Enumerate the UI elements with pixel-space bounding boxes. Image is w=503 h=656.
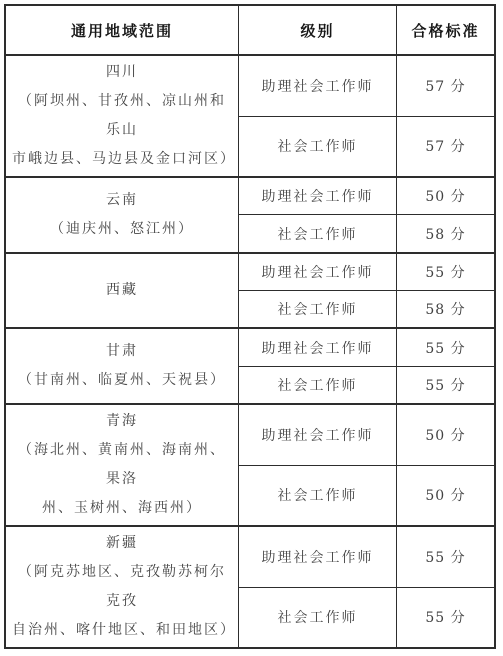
level-cell: 社会工作师 (239, 588, 397, 648)
score-cell: 57 分 (397, 56, 494, 116)
level-cell: 助理社会工作师 (239, 329, 397, 365)
region-cell: 西藏 (6, 254, 239, 328)
level-score-row: 助理社会工作师 57 分 (239, 56, 494, 117)
level-score-block: 助理社会工作师 50 分 社会工作师 50 分 (239, 405, 494, 525)
region-name: 新疆 (106, 529, 138, 558)
region-cell: 甘肃 （甘南州、临夏州、天祝县） (6, 329, 239, 403)
level-score-row: 助理社会工作师 50 分 (239, 178, 494, 215)
region-note-line: （甘南州、临夏州、天祝县） (18, 366, 226, 395)
level-score-row: 社会工作师 55 分 (239, 588, 494, 648)
score-cell: 55 分 (397, 588, 494, 648)
level-cell: 助理社会工作师 (239, 178, 397, 214)
level-cell: 社会工作师 (239, 117, 397, 177)
table-row: 四川 （阿坝州、甘孜州、凉山州和乐山 市峨边县、马边县及金口河区） 助理社会工作… (6, 56, 494, 178)
level-cell: 助理社会工作师 (239, 405, 397, 465)
region-note-line: （迪庆州、怒江州） (50, 215, 194, 244)
level-score-block: 助理社会工作师 50 分 社会工作师 58 分 (239, 178, 494, 252)
region-note-line: 自治州、喀什地区、和田地区） (12, 616, 232, 645)
header-standard: 合格标准 (397, 6, 494, 54)
score-cell: 58 分 (397, 215, 494, 251)
level-cell: 社会工作师 (239, 466, 397, 526)
level-score-block: 助理社会工作师 55 分 社会工作师 55 分 (239, 329, 494, 403)
region-name: 青海 (106, 407, 138, 436)
table-row: 新疆 （阿克苏地区、克孜勒苏柯尔克孜 自治州、喀什地区、和田地区） 助理社会工作… (6, 527, 494, 647)
score-cell: 55 分 (397, 367, 494, 403)
level-cell: 社会工作师 (239, 367, 397, 403)
level-score-row: 社会工作师 58 分 (239, 215, 494, 251)
page: 通用地域范围 级别 合格标准 四川 （阿坝州、甘孜州、凉山州和乐山 市峨边县、马… (0, 0, 503, 656)
level-score-row: 社会工作师 58 分 (239, 291, 494, 327)
score-cell: 50 分 (397, 405, 494, 465)
level-score-row: 社会工作师 57 分 (239, 117, 494, 177)
score-cell: 50 分 (397, 178, 494, 214)
level-score-block: 助理社会工作师 55 分 社会工作师 55 分 (239, 527, 494, 647)
region-name: 四川 (106, 58, 138, 87)
level-score-block: 助理社会工作师 55 分 社会工作师 58 分 (239, 254, 494, 328)
level-cell: 助理社会工作师 (239, 527, 397, 587)
score-cell: 57 分 (397, 117, 494, 177)
level-score-row: 助理社会工作师 55 分 (239, 527, 494, 588)
region-name: 西藏 (106, 276, 138, 305)
level-cell: 助理社会工作师 (239, 254, 397, 290)
table-row: 西藏 助理社会工作师 55 分 社会工作师 58 分 (6, 254, 494, 330)
header-region: 通用地域范围 (6, 6, 239, 54)
region-note-line: （阿坝州、甘孜州、凉山州和乐山 (12, 87, 232, 145)
table-row: 青海 （海北州、黄南州、海南州、果洛 州、玉树州、海西州） 助理社会工作师 50… (6, 405, 494, 527)
region-note-line: （阿克苏地区、克孜勒苏柯尔克孜 (12, 558, 232, 616)
table-header-row: 通用地域范围 级别 合格标准 (6, 6, 494, 56)
score-cell: 55 分 (397, 527, 494, 587)
level-score-row: 社会工作师 55 分 (239, 367, 494, 403)
passing-score-table: 通用地域范围 级别 合格标准 四川 （阿坝州、甘孜州、凉山州和乐山 市峨边县、马… (4, 4, 496, 649)
table-row: 甘肃 （甘南州、临夏州、天祝县） 助理社会工作师 55 分 社会工作师 55 分 (6, 329, 494, 405)
region-note-line: 市峨边县、马边县及金口河区） (12, 145, 232, 174)
score-cell: 55 分 (397, 329, 494, 365)
score-cell: 58 分 (397, 291, 494, 327)
score-cell: 50 分 (397, 466, 494, 526)
region-note-line: （海北州、黄南州、海南州、果洛 (12, 436, 232, 494)
level-score-row: 助理社会工作师 55 分 (239, 329, 494, 366)
region-cell: 新疆 （阿克苏地区、克孜勒苏柯尔克孜 自治州、喀什地区、和田地区） (6, 527, 239, 647)
region-note-line: 州、玉树州、海西州） (42, 494, 202, 523)
table-row: 云南 （迪庆州、怒江州） 助理社会工作师 50 分 社会工作师 58 分 (6, 178, 494, 254)
region-name: 甘肃 (106, 337, 138, 366)
header-level: 级别 (239, 6, 397, 54)
level-score-block: 助理社会工作师 57 分 社会工作师 57 分 (239, 56, 494, 176)
level-cell: 社会工作师 (239, 291, 397, 327)
region-name: 云南 (106, 186, 138, 215)
region-cell: 四川 （阿坝州、甘孜州、凉山州和乐山 市峨边县、马边县及金口河区） (6, 56, 239, 176)
level-cell: 社会工作师 (239, 215, 397, 251)
level-score-row: 助理社会工作师 50 分 (239, 405, 494, 466)
region-cell: 青海 （海北州、黄南州、海南州、果洛 州、玉树州、海西州） (6, 405, 239, 525)
score-cell: 55 分 (397, 254, 494, 290)
level-score-row: 社会工作师 50 分 (239, 466, 494, 526)
level-cell: 助理社会工作师 (239, 56, 397, 116)
level-score-row: 助理社会工作师 55 分 (239, 254, 494, 291)
region-cell: 云南 （迪庆州、怒江州） (6, 178, 239, 252)
